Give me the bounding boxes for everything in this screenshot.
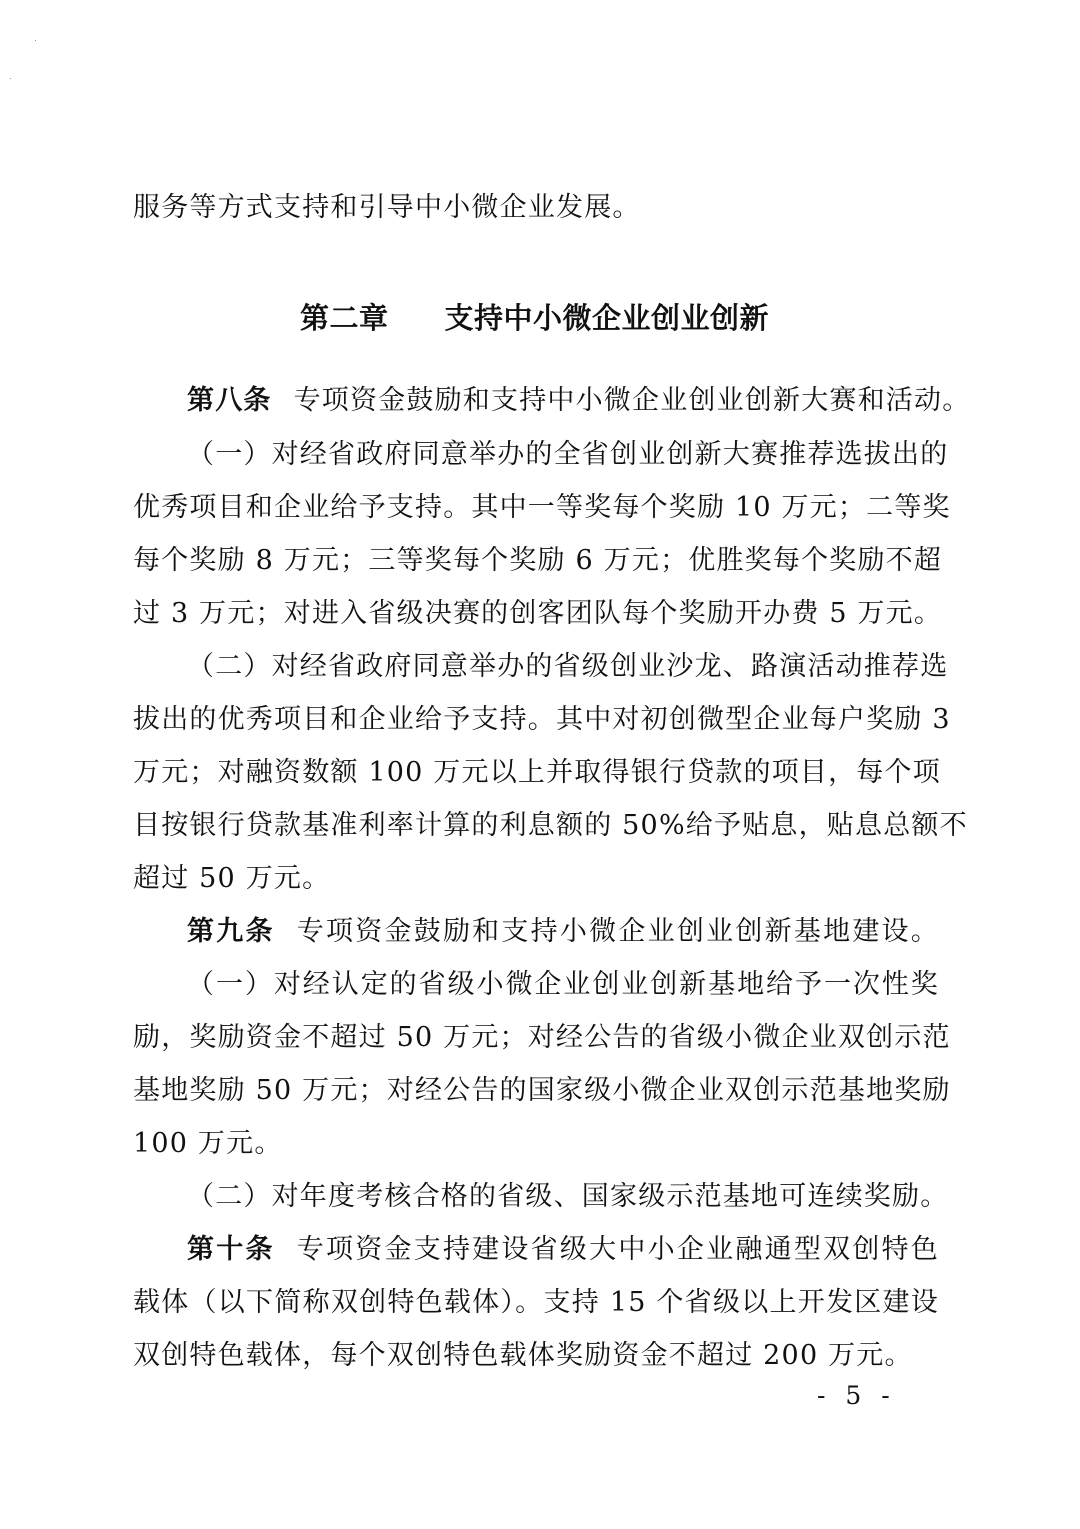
scan-speck — [10, 78, 11, 79]
article-8-clause-1-line-2: 优秀项目和企业给予支持。其中一等奖每个奖励 10 万元；二等奖 — [133, 490, 939, 526]
article-8-clause-2-line-5: 超过 50 万元。 — [133, 861, 939, 897]
article-10-line-3: 双创特色载体，每个双创特色载体奖励资金不超过 200 万元。 — [133, 1338, 939, 1374]
article-10-heading: 第十条专项资金支持建设省级大中小企业融通型双创特色 — [187, 1232, 939, 1268]
article-9-clause-1-line-1: （一）对经认定的省级小微企业创业创新基地给予一次性奖 — [187, 967, 939, 1003]
article-8-text: 专项资金鼓励和支持中小微企业创业创新大赛和活动。 — [294, 385, 971, 416]
article-8-clause-1-line-4: 过 3 万元；对进入省级决赛的创客团队每个奖励开办费 5 万元。 — [133, 596, 939, 632]
article-9-clause-1-line-3: 基地奖励 50 万元；对经公告的国家级小微企业双创示范基地奖励 — [133, 1073, 939, 1109]
article-9-clause-2-line-1: （二）对年度考核合格的省级、国家级示范基地可连续奖励。 — [187, 1179, 939, 1215]
paragraph-intro-tail: 服务等方式支持和引导中小微企业发展。 — [133, 190, 939, 226]
page-number: - 5 - — [817, 1381, 896, 1411]
article-9-clause-1-line-2: 励，奖励资金不超过 50 万元；对经公告的省级小微企业双创示范 — [133, 1020, 939, 1056]
article-10-line-2: 载体（以下简称双创特色载体）。支持 15 个省级以上开发区建设 — [133, 1285, 939, 1321]
scan-speck — [35, 40, 36, 41]
article-8-clause-2-line-1: （二）对经省政府同意举办的省级创业沙龙、路演活动推荐选 — [187, 649, 939, 685]
article-9-text: 专项资金鼓励和支持小微企业创业创新基地建设。 — [297, 916, 939, 947]
article-10-label: 第十条 — [187, 1234, 275, 1265]
article-8-clause-1-line-3: 每个奖励 8 万元；三等奖每个奖励 6 万元；优胜奖每个奖励不超 — [133, 543, 939, 579]
article-8-clause-2-line-4: 目按银行贷款基准利率计算的利息额的 50%给予贴息，贴息总额不 — [133, 808, 939, 844]
article-9-heading: 第九条专项资金鼓励和支持小微企业创业创新基地建设。 — [187, 914, 939, 950]
chapter-title: 支持中小微企业创业创新 — [445, 301, 770, 335]
document-page: 服务等方式支持和引导中小微企业发展。 第二章支持中小微企业创业创新 第八条专项资… — [0, 0, 1080, 1529]
chapter-heading: 第二章支持中小微企业创业创新 — [300, 300, 769, 336]
article-8-clause-2-line-2: 拔出的优秀项目和企业给予支持。其中对初创微型企业每户奖励 3 — [133, 702, 939, 738]
article-8-clause-2-line-3: 万元；对融资数额 100 万元以上并取得银行贷款的项目，每个项 — [133, 755, 939, 791]
article-8-label: 第八条 — [187, 385, 272, 416]
article-9-clause-1-line-4: 100 万元。 — [133, 1126, 939, 1162]
article-8-clause-1-line-1: （一）对经省政府同意举办的全省创业创新大赛推荐选拔出的 — [187, 437, 939, 473]
article-8-heading: 第八条专项资金鼓励和支持中小微企业创业创新大赛和活动。 — [187, 383, 939, 419]
chapter-number: 第二章 — [300, 301, 389, 335]
article-9-label: 第九条 — [187, 916, 275, 947]
article-10-text: 专项资金支持建设省级大中小企业融通型双创特色 — [297, 1234, 939, 1265]
